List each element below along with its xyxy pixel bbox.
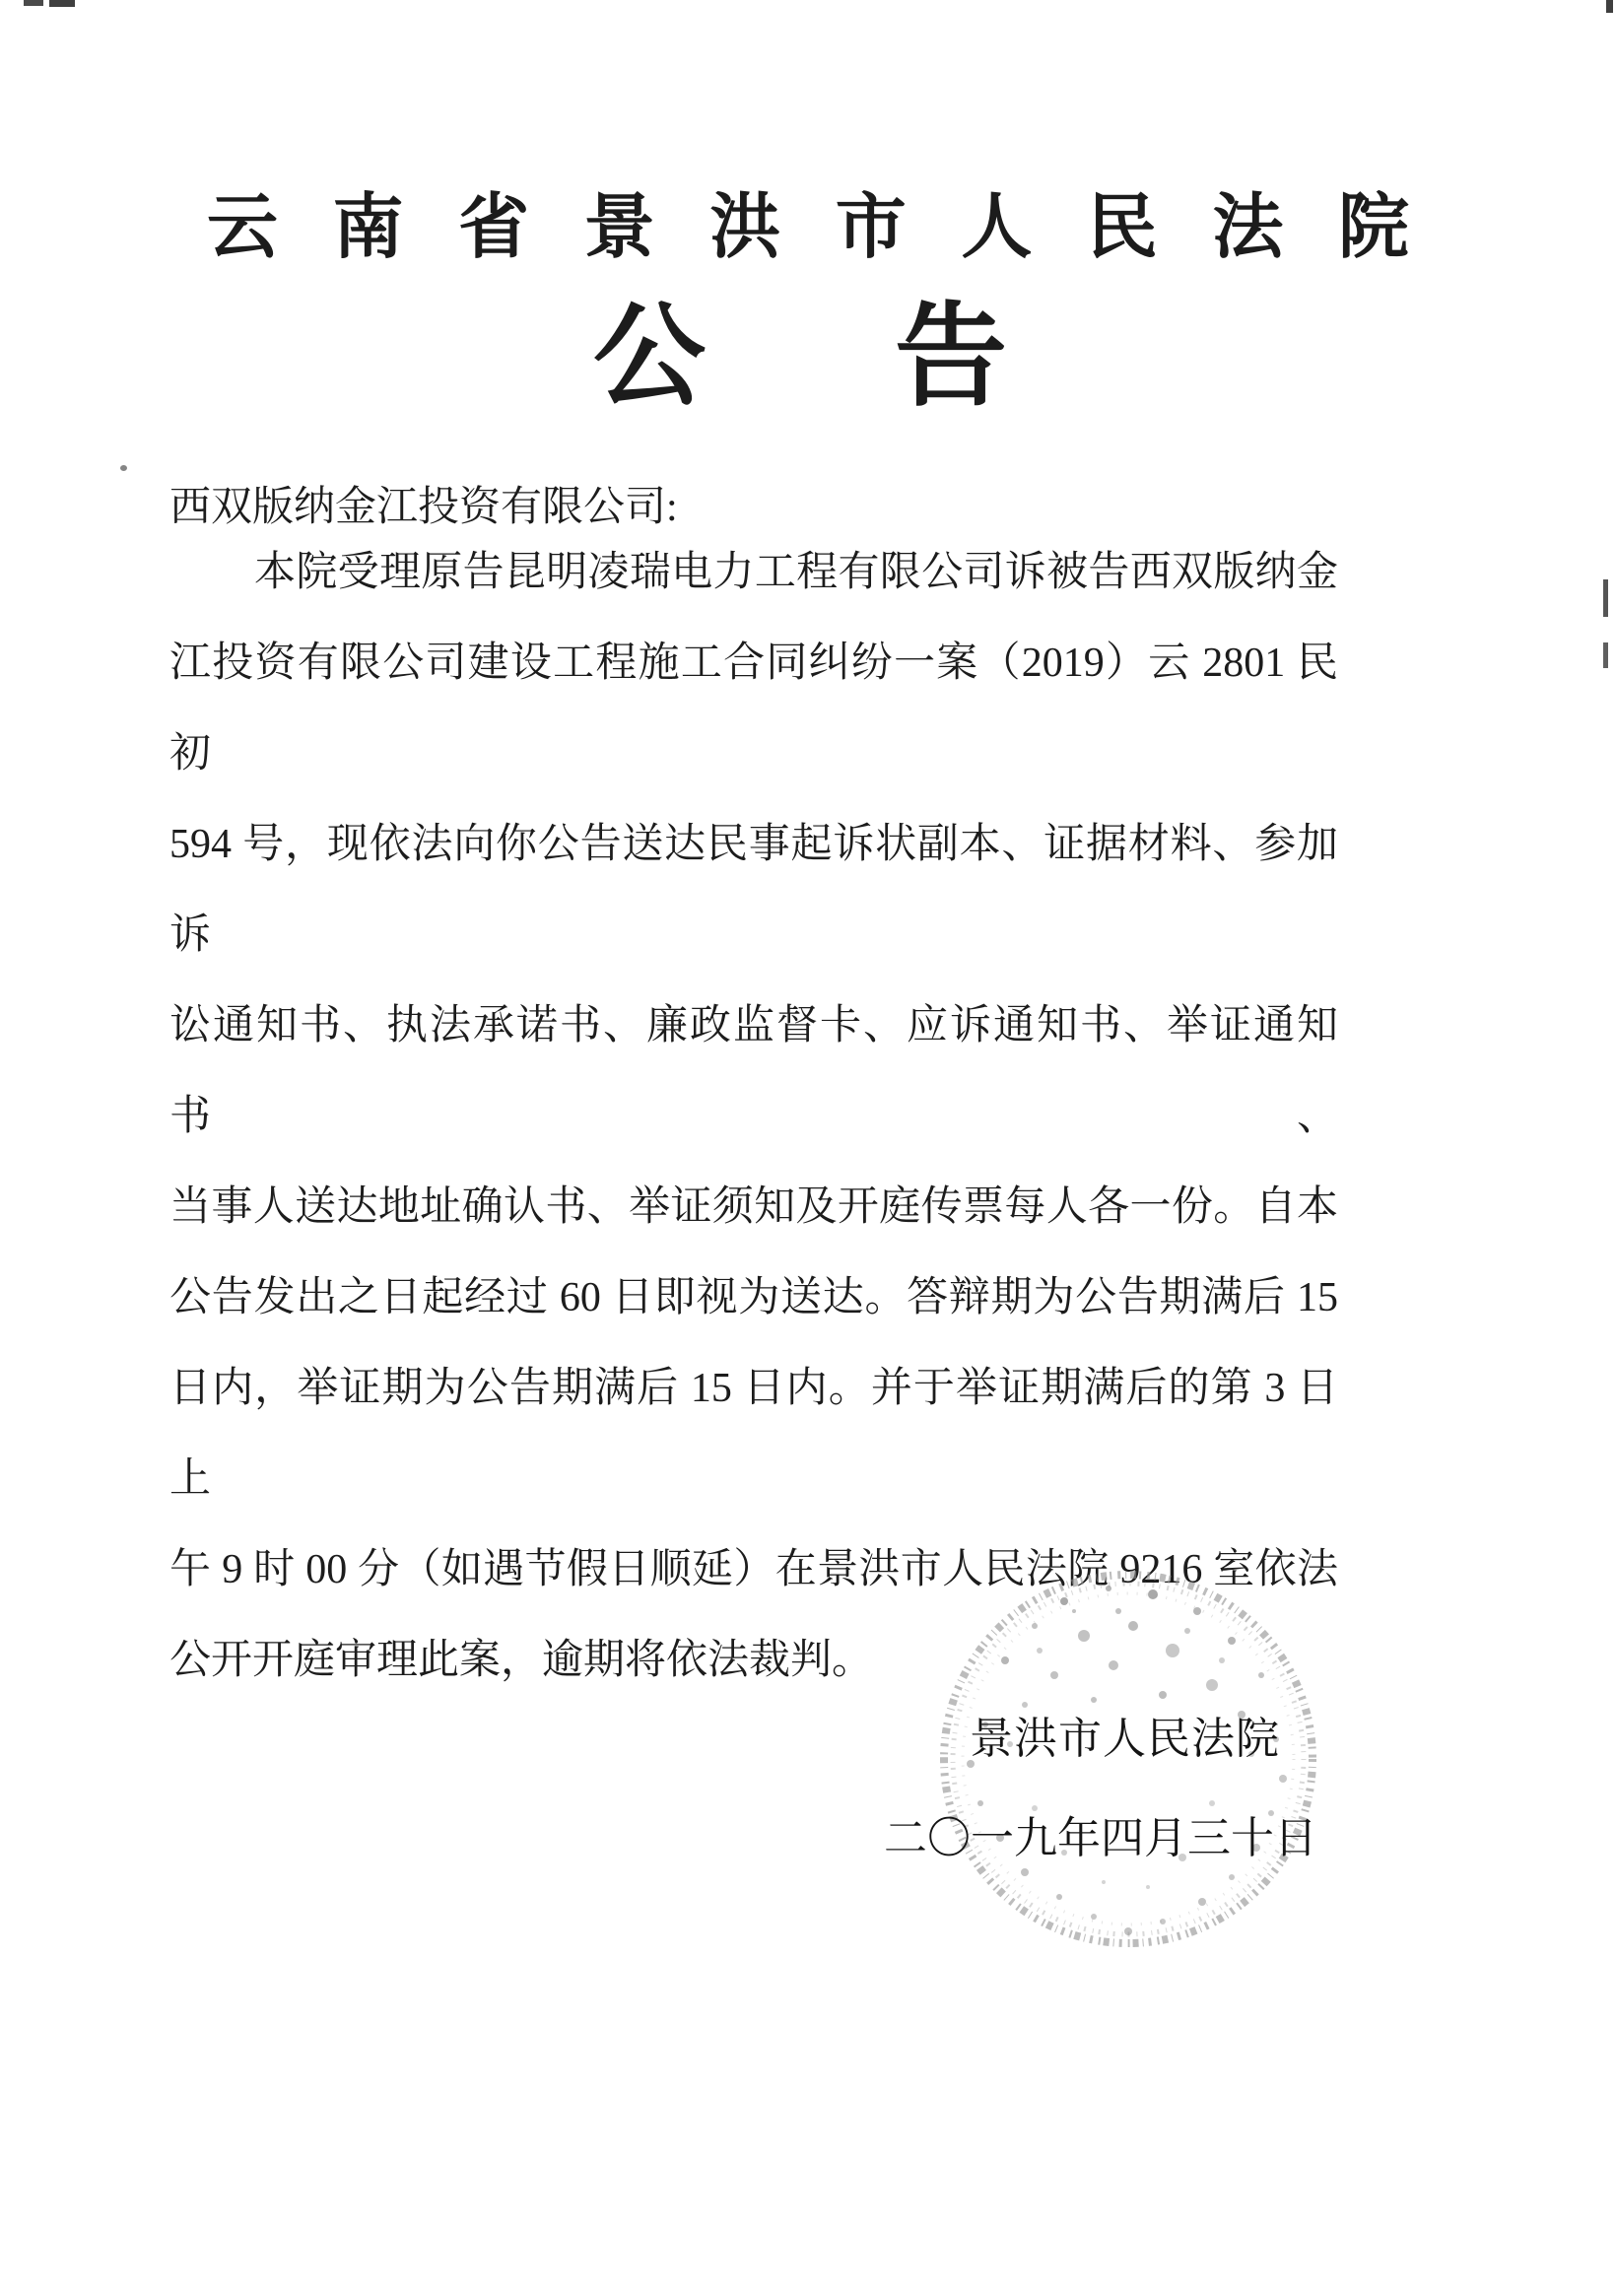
ink-dot-artifact (120, 465, 127, 471)
body-line: 日内，举证期为公告期满后 15 日内。并于举证期满后的第 3 日上 (169, 1343, 1338, 1524)
body-line: 讼通知书、执法承诺书、廉政监督卡、应诉通知书、举证通知书、 (169, 980, 1338, 1162)
scan-artifact-right-dash-2 (1603, 642, 1608, 668)
body-line: 本院受理原告昆明凌瑞电力工程有限公司诉被告西双版纳金 (169, 527, 1338, 618)
body-line: 公告发出之日起经过 60 日即视为送达。答辩期为公告期满后 15 (169, 1252, 1338, 1343)
signature-court-name: 景洪市人民法院 (970, 1710, 1280, 1769)
notice-body: 本院受理原告昆明凌瑞电力工程有限公司诉被告西双版纳金 江投资有限公司建设工程施工… (169, 527, 1338, 1706)
scan-artifact-right-dash-1 (1603, 579, 1608, 617)
scanned-court-notice-page: 云南省景洪市人民法院 公告 西双版纳金江投资有限公司: 本院受理原告昆明凌瑞电力… (0, 0, 1616, 2296)
scan-artifact-top-left-1 (24, 0, 43, 6)
body-line: 594 号，现依法向你公告送达民事起诉状副本、证据材料、参加诉 (169, 799, 1338, 980)
notice-heading: 公告 (593, 296, 1007, 420)
court-seal-icon (916, 1557, 1340, 1981)
signature-date: 二〇一九年四月三十日 (884, 1809, 1317, 1868)
scan-artifact-top-right (1606, 0, 1613, 13)
body-line: 当事人送达地址确认书、举证须知及开庭传票每人各一份。自本 (169, 1162, 1338, 1252)
scan-artifact-top-left-2 (49, 0, 75, 7)
court-title: 云南省景洪市人民法院 (207, 188, 1409, 267)
body-line: 江投资有限公司建设工程施工合同纠纷一案（2019）云 2801 民初 (169, 618, 1338, 799)
